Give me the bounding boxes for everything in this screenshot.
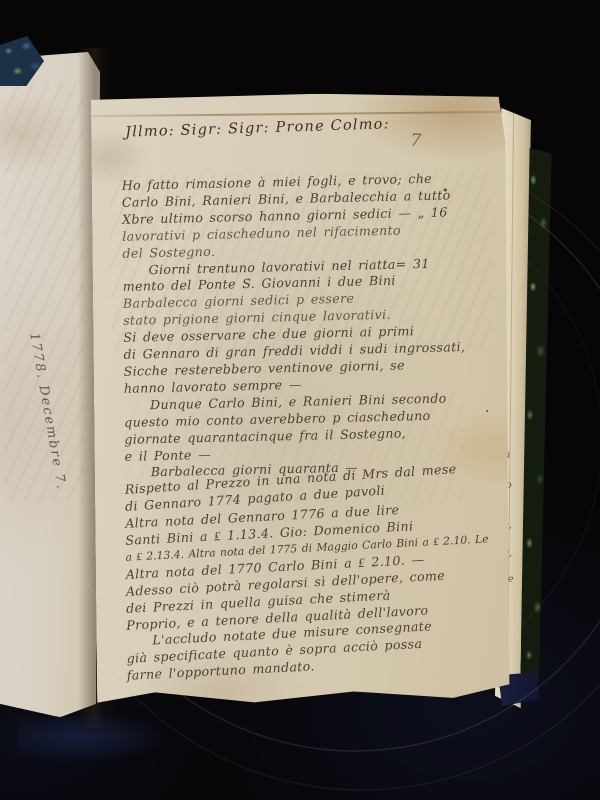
cover-blue-corner-bottom-left: [18, 716, 168, 768]
page-top-crease: [91, 111, 505, 117]
manuscript-photo: 1778. Decembre 7. ra no to, re, me la i …: [0, 0, 600, 800]
page-number: 7: [410, 130, 422, 151]
manuscript-page: Jllmo: Sigr: Sigr: Prone Colmo: 7 Ho fat…: [91, 92, 511, 710]
letter-body: Ho fatto rimasione à miei fogli, e trovo…: [122, 174, 505, 685]
salutation-line: Jllmo: Sigr: Sigr: Prone Colmo:: [125, 116, 390, 140]
